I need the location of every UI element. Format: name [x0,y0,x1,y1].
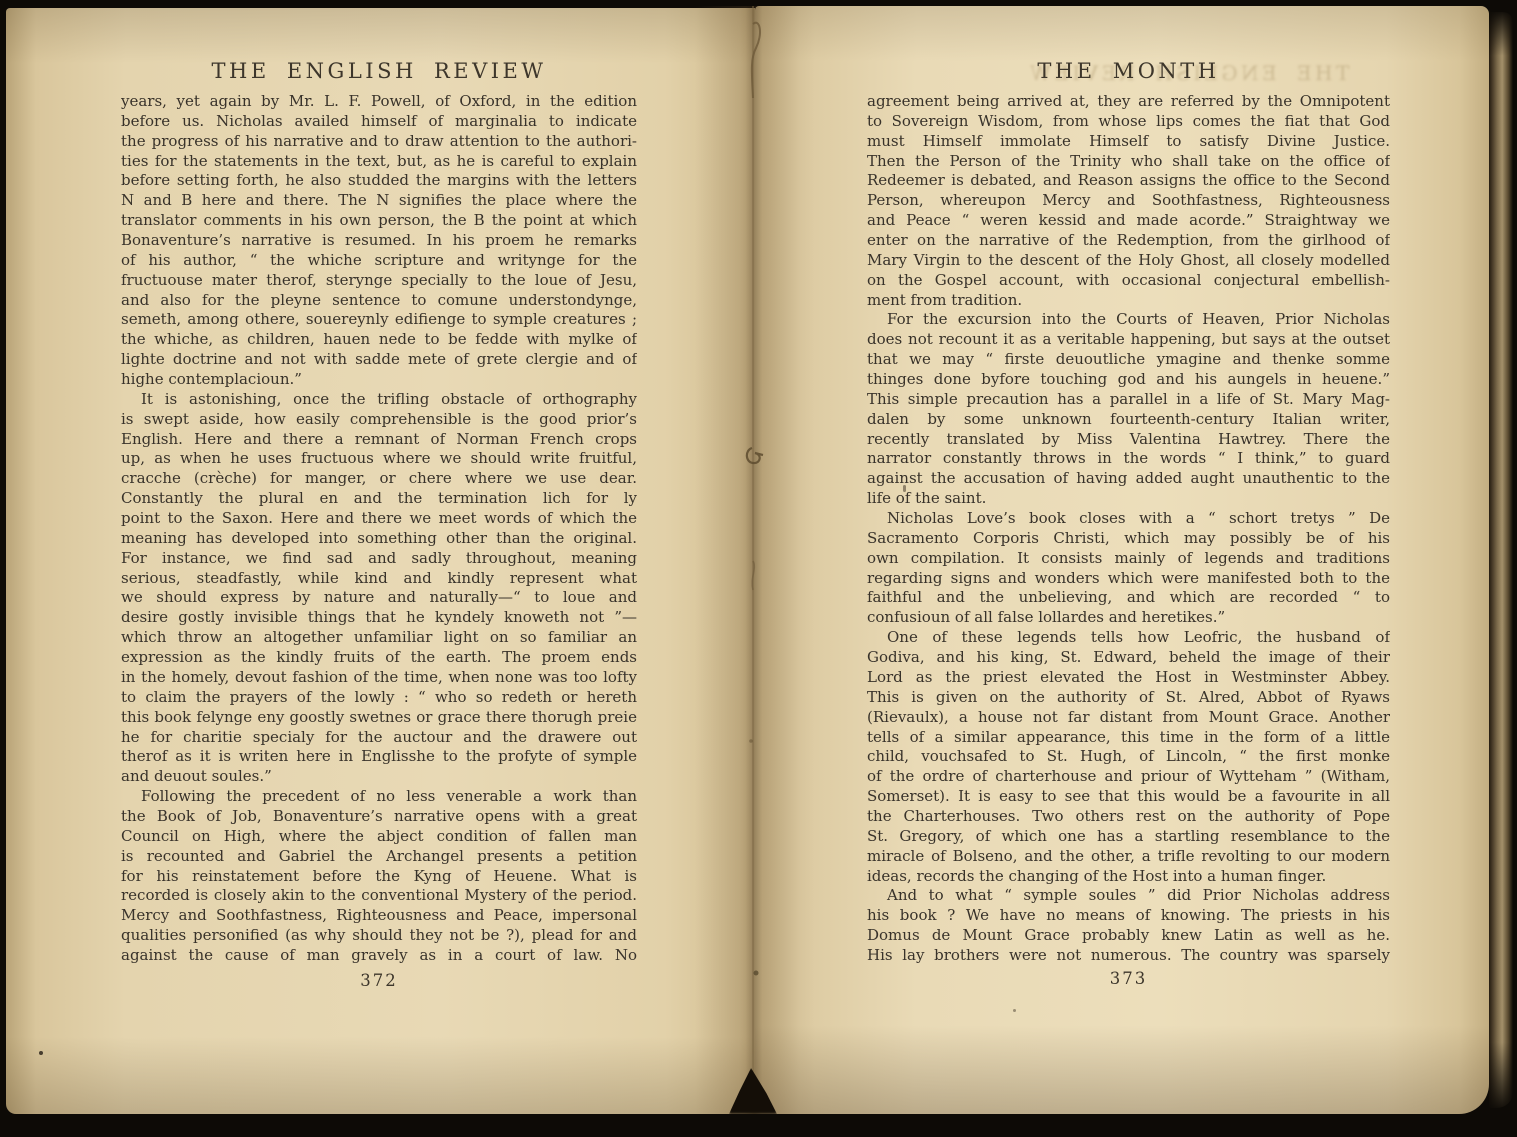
right-page-number: 373 [867,969,1390,988]
left-running-head: THE ENGLISH REVIEW [121,59,637,83]
text-line: And to what “ symple soules ” did Prior … [867,886,1390,906]
text-line: Redeemer is debated, and Reason assigns … [867,171,1390,191]
text-line: is recounted and Gabriel the Archangel p… [121,847,637,867]
text-line: meaning has developed into something oth… [121,529,637,549]
text-line: and deuout soules.” [121,767,637,787]
right-running-head: THE MONTH [867,59,1390,83]
text-line: ment from tradition. [867,291,1390,311]
text-line: Domus de Mount Grace probably knew Latin… [867,926,1390,946]
text-line: semeth, among othere, souereynly edifien… [121,310,637,330]
text-line: Constantly the plural en and the termina… [121,489,637,509]
text-line: Lord as the priest elevated the Host in … [867,668,1390,688]
text-line: which throw an altogether unfamiliar lig… [121,628,637,648]
text-line: thinges done byfore touching god and his… [867,370,1390,390]
text-line: recently translated by Miss Valentina Ha… [867,430,1390,450]
text-line: confusioun of all false lollardes and he… [867,608,1390,628]
text-line: English. Here and there a remnant of Nor… [121,430,637,450]
book-scan: THE ENGLISH REVIEW THE ENGLISH REVIEW TH… [0,0,1517,1137]
text-line: dalen by some unknown fourteenth-century… [867,410,1390,430]
text-line: regarding signs and wonders which were m… [867,569,1390,589]
text-line: years, yet again by Mr. L. F. Powell, of… [121,92,637,112]
text-line: the Book of Job, Bonaventure’s narrative… [121,807,637,827]
text-line: Godiva, and his king, St. Edward, beheld… [867,648,1390,668]
paper-speck [39,1051,43,1055]
text-line: against the cause of man gravely as in a… [121,946,637,966]
text-line: ideas, records the changing of the Host … [867,867,1390,887]
text-line: up, as when he uses fructuous where we s… [121,449,637,469]
text-line: Mercy and Soothfastness, Righteousness a… [121,906,637,926]
text-line: the progress of his narrative and to dra… [121,132,637,152]
text-line: of his author, “ the whiche scripture an… [121,251,637,271]
text-line: therof as it is writen here in Englisshe… [121,747,637,767]
text-line: this book felynge eny goostly swetnes or… [121,708,637,728]
left-page-text: years, yet again by Mr. L. F. Powell, of… [121,92,637,966]
right-page-text: agreement being arrived at, they are ref… [867,92,1390,966]
text-line: Nicholas Love’s book closes with a “ sch… [867,509,1390,529]
text-line: is swept aside, how easily comprehensibl… [121,410,637,430]
text-line: translator comments in his own person, t… [121,211,637,231]
text-line: faithful and the unbelieving, and which … [867,588,1390,608]
text-line: must Himself immolate Himself to satisfy… [867,132,1390,152]
text-line: against the accusation of having added a… [867,469,1390,489]
text-line: lighte doctrine and not with sadde mete … [121,350,637,370]
text-line: Then the Person of the Trinity who shall… [867,152,1390,172]
text-line: child, vouchsafed to St. Hugh, of Lincol… [867,747,1390,767]
text-line: Sacramento Corporis Christi, which may p… [867,529,1390,549]
text-line: fructuouse mater therof, sterynge specia… [121,271,637,291]
text-line: before setting forth, he also studded th… [121,171,637,191]
text-line: Following the precedent of no less vener… [121,787,637,807]
text-line: the whiche, as children, hauen nede to b… [121,330,637,350]
text-line: tells of a similar appearance, this time… [867,728,1390,748]
text-line: on the Gospel account, with occasional c… [867,271,1390,291]
text-line: Bonaventure’s narrative is resumed. In h… [121,231,637,251]
text-line: ties for the statements in the text, but… [121,152,637,172]
text-line: and also for the pleyne sentence to comu… [121,291,637,311]
text-line: qualities personified (as why should the… [121,926,637,946]
text-line: Person, whereupon Mercy and Soothfastnes… [867,191,1390,211]
text-line: to claim the prayers of the lowly : “ wh… [121,688,637,708]
text-line: in the homely, devout fashion of the tim… [121,668,637,688]
text-line: Mary Virgin to the descent of the Holy G… [867,251,1390,271]
text-line: before us. Nicholas availed himself of m… [121,112,637,132]
text-line: that we may “ firste deuoutliche ymagine… [867,350,1390,370]
text-line: we should express by nature and naturall… [121,588,637,608]
text-line: life of the saint. [867,489,1390,509]
text-line: cracche (crèche) for manger, or chere wh… [121,469,637,489]
text-line: Somerset). It is easy to see that this w… [867,787,1390,807]
text-line: This is given on the authority of St. Al… [867,688,1390,708]
paper-speck [1013,1009,1016,1012]
text-line: expression as the kindly fruits of the e… [121,648,637,668]
text-line: his book ? We have no means of knowing. … [867,906,1390,926]
text-line: narrator constantly throws in the words … [867,449,1390,469]
text-line: he for charitie specialy for the auctour… [121,728,637,748]
text-line: highe contemplacioun.” [121,370,637,390]
text-line: agreement being arrived at, they are ref… [867,92,1390,112]
page-stack-fore-edge [1489,12,1513,1108]
text-line: point to the Saxon. Here and there we me… [121,509,637,529]
text-line: One of these legends tells how Leofric, … [867,628,1390,648]
left-page-number: 372 [121,971,637,990]
text-line: Council on High, where the abject condit… [121,827,637,847]
text-line: to Sovereign Wisdom, from whose lips com… [867,112,1390,132]
text-line: own compilation. It consists mainly of l… [867,549,1390,569]
text-line: This simple precaution has a parallel in… [867,390,1390,410]
text-line: It is astonishing, once the trifling obs… [121,390,637,410]
text-line: miracle of Bolseno, and the other, a tri… [867,847,1390,867]
text-line: desire gostly invisible things that he k… [121,608,637,628]
text-line: (Rievaulx), a house not far distant from… [867,708,1390,728]
paper-speck [903,485,906,492]
text-line: enter on the narrative of the Redemption… [867,231,1390,251]
text-line: For instance, we find sad and sadly thro… [121,549,637,569]
text-line: N and B here and there. The N signifies … [121,191,637,211]
text-line: of the ordre of charterhouse and priour … [867,767,1390,787]
text-line: does not recount it as a veritable happe… [867,330,1390,350]
text-line: His lay brothers were not numerous. The … [867,946,1390,966]
text-line: serious, steadfastly, while kind and kin… [121,569,637,589]
text-line: recorded is closely akin to the conventi… [121,886,637,906]
text-line: the Charterhouses. Two others rest on th… [867,807,1390,827]
text-line: and Peace “ weren kessid and made acorde… [867,211,1390,231]
text-line: For the excursion into the Courts of Hea… [867,310,1390,330]
text-line: St. Gregory, of which one has a startlin… [867,827,1390,847]
text-line: for his reinstatement before the Kyng of… [121,867,637,887]
